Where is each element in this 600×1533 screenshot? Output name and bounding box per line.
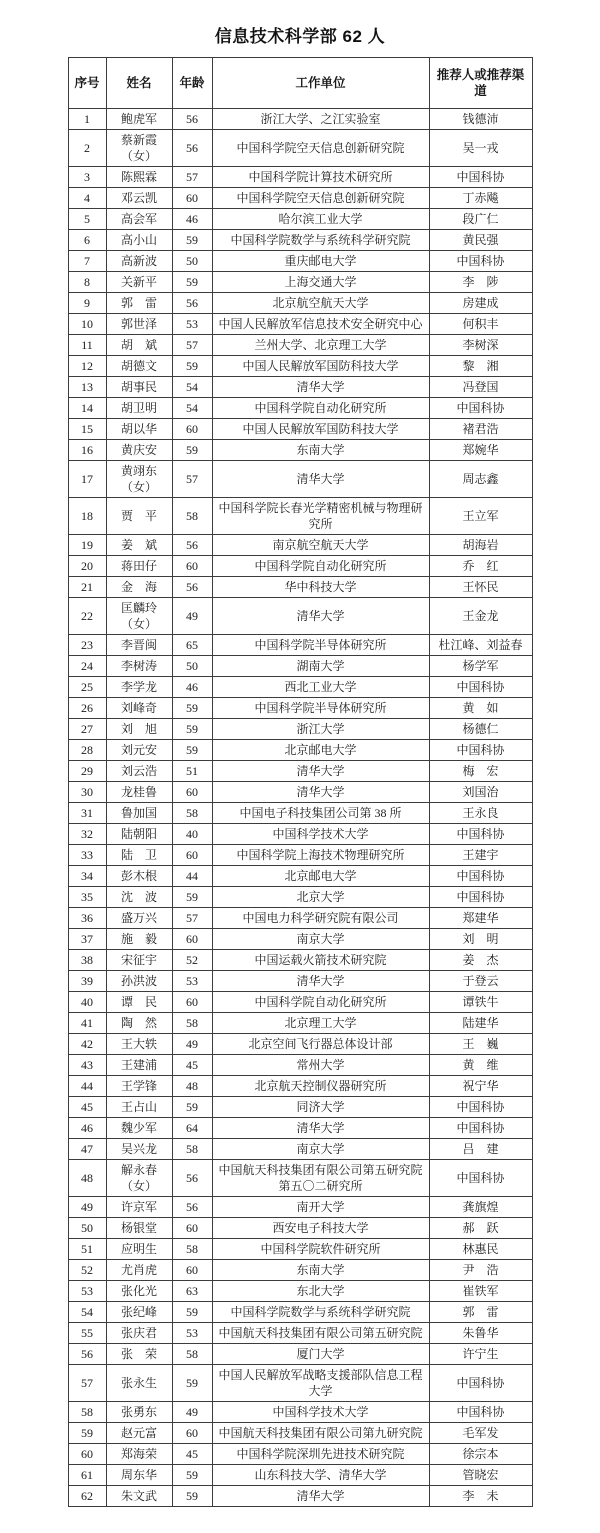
cell-index: 26 [68, 698, 106, 719]
table-row: 5高会军46哈尔滨工业大学段广仁 [68, 209, 532, 230]
cell-name: 张化光 [106, 1281, 172, 1302]
table-row: 25李学龙46西北工业大学中国科协 [68, 677, 532, 698]
cell-organization: 湖南大学 [212, 656, 429, 677]
cell-age: 56 [172, 1160, 212, 1197]
cell-age: 58 [172, 803, 212, 824]
cell-organization: 中国科学院数学与系统科学研究院 [212, 1302, 429, 1323]
cell-organization: 清华大学 [212, 1486, 429, 1507]
cell-recommender: 周志鑫 [429, 461, 532, 498]
cell-organization: 中国航天科技集团有限公司第五研究院第五〇二研究所 [212, 1160, 429, 1197]
cell-organization: 清华大学 [212, 761, 429, 782]
cell-recommender: 吴一戎 [429, 130, 532, 167]
cell-age: 57 [172, 461, 212, 498]
cell-index: 15 [68, 419, 106, 440]
cell-name: 关新平 [106, 272, 172, 293]
cell-name: 黄庆安 [106, 440, 172, 461]
cell-name: 邓云凯 [106, 188, 172, 209]
cell-name: 蒋田仔 [106, 556, 172, 577]
table-row: 2蔡新霞 （女）56中国科学院空天信息创新研究院吴一戎 [68, 130, 532, 167]
cell-recommender: 冯登国 [429, 377, 532, 398]
cell-recommender: 中国科协 [429, 1365, 532, 1402]
cell-index: 16 [68, 440, 106, 461]
cell-recommender: 胡海岩 [429, 535, 532, 556]
cell-name: 杨银堂 [106, 1218, 172, 1239]
cell-name: 朱文武 [106, 1486, 172, 1507]
cell-organization: 常州大学 [212, 1055, 429, 1076]
col-header-organization: 工作单位 [212, 58, 429, 109]
cell-recommender: 郝 跃 [429, 1218, 532, 1239]
cell-name: 高新波 [106, 251, 172, 272]
table-row: 34彭木根44北京邮电大学中国科协 [68, 866, 532, 887]
cell-age: 58 [172, 1344, 212, 1365]
cell-organization: 中国人民解放军国防科技大学 [212, 419, 429, 440]
cell-organization: 兰州大学、北京理工大学 [212, 335, 429, 356]
cell-index: 21 [68, 577, 106, 598]
cell-index: 39 [68, 971, 106, 992]
cell-recommender: 陆建华 [429, 1013, 532, 1034]
cell-name: 魏少军 [106, 1118, 172, 1139]
cell-recommender: 中国科协 [429, 887, 532, 908]
cell-organization: 厦门大学 [212, 1344, 429, 1365]
cell-recommender: 林惠民 [429, 1239, 532, 1260]
table-row: 55张庆君53中国航天科技集团有限公司第五研究院朱鲁华 [68, 1323, 532, 1344]
cell-recommender: 中国科协 [429, 824, 532, 845]
table-row: 4邓云凯60中国科学院空天信息创新研究院丁赤飚 [68, 188, 532, 209]
cell-index: 32 [68, 824, 106, 845]
cell-name: 陆 卫 [106, 845, 172, 866]
cell-name: 刘峰奇 [106, 698, 172, 719]
cell-organization: 中国航天科技集团有限公司第九研究院 [212, 1423, 429, 1444]
cell-index: 59 [68, 1423, 106, 1444]
cell-age: 59 [172, 440, 212, 461]
cell-organization: 清华大学 [212, 461, 429, 498]
cell-organization: 中国科学院自动化研究所 [212, 556, 429, 577]
cell-name: 鲁加国 [106, 803, 172, 824]
cell-name: 胡事民 [106, 377, 172, 398]
cell-recommender: 王立军 [429, 498, 532, 535]
cell-name: 胡德文 [106, 356, 172, 377]
cell-age: 59 [172, 1365, 212, 1402]
table-row: 20蒋田仔60中国科学院自动化研究所乔 红 [68, 556, 532, 577]
cell-organization: 浙江大学 [212, 719, 429, 740]
table-row: 33陆 卫60中国科学院上海技术物理研究所王建宇 [68, 845, 532, 866]
cell-age: 49 [172, 598, 212, 635]
cell-name: 陆朝阳 [106, 824, 172, 845]
cell-recommender: 尹 浩 [429, 1260, 532, 1281]
cell-organization: 中国科学院半导体研究所 [212, 635, 429, 656]
cell-recommender: 钱德沛 [429, 109, 532, 130]
cell-age: 60 [172, 845, 212, 866]
cell-index: 9 [68, 293, 106, 314]
cell-index: 62 [68, 1486, 106, 1507]
cell-name: 匡麟玲 （女） [106, 598, 172, 635]
cell-index: 25 [68, 677, 106, 698]
cell-index: 44 [68, 1076, 106, 1097]
cell-recommender: 中国科协 [429, 740, 532, 761]
cell-recommender: 王金龙 [429, 598, 532, 635]
cell-organization: 中国科学院半导体研究所 [212, 698, 429, 719]
table-row: 45王占山59同济大学中国科协 [68, 1097, 532, 1118]
table-row: 50杨银堂60西安电子科技大学郝 跃 [68, 1218, 532, 1239]
cell-name: 黄翊东 （女） [106, 461, 172, 498]
cell-recommender: 中国科协 [429, 866, 532, 887]
cell-recommender: 郑婉华 [429, 440, 532, 461]
cell-age: 60 [172, 419, 212, 440]
cell-index: 28 [68, 740, 106, 761]
cell-recommender: 王建宇 [429, 845, 532, 866]
cell-index: 8 [68, 272, 106, 293]
cell-organization: 东南大学 [212, 440, 429, 461]
cell-age: 59 [172, 230, 212, 251]
cell-index: 10 [68, 314, 106, 335]
cell-age: 60 [172, 1218, 212, 1239]
cell-index: 34 [68, 866, 106, 887]
cell-age: 56 [172, 577, 212, 598]
cell-age: 49 [172, 1402, 212, 1423]
cell-organization: 中国电子科技集团公司第 38 所 [212, 803, 429, 824]
cell-index: 55 [68, 1323, 106, 1344]
cell-organization: 中国人民解放军国防科技大学 [212, 356, 429, 377]
cell-name: 张 荣 [106, 1344, 172, 1365]
table-row: 31鲁加国58中国电子科技集团公司第 38 所王永良 [68, 803, 532, 824]
cell-recommender: 管晓宏 [429, 1465, 532, 1486]
cell-recommender: 吕 建 [429, 1139, 532, 1160]
cell-name: 赵元富 [106, 1423, 172, 1444]
table-row: 30龙桂鲁60清华大学刘国治 [68, 782, 532, 803]
cell-organization: 中国科学技术大学 [212, 1402, 429, 1423]
cell-organization: 中国运载火箭技术研究院 [212, 950, 429, 971]
cell-recommender: 李树深 [429, 335, 532, 356]
table-row: 47吴兴龙58南京大学吕 建 [68, 1139, 532, 1160]
cell-recommender: 何积丰 [429, 314, 532, 335]
table-row: 59赵元富60中国航天科技集团有限公司第九研究院毛军发 [68, 1423, 532, 1444]
cell-recommender: 黎 湘 [429, 356, 532, 377]
cell-recommender: 杨学军 [429, 656, 532, 677]
cell-organization: 南开大学 [212, 1197, 429, 1218]
cell-recommender: 郑建华 [429, 908, 532, 929]
cell-organization: 同济大学 [212, 1097, 429, 1118]
cell-age: 59 [172, 272, 212, 293]
cell-organization: 重庆邮电大学 [212, 251, 429, 272]
cell-recommender: 中国科协 [429, 677, 532, 698]
table-row: 29刘云浩51清华大学梅 宏 [68, 761, 532, 782]
cell-index: 3 [68, 167, 106, 188]
cell-recommender: 崔铁军 [429, 1281, 532, 1302]
cell-age: 56 [172, 535, 212, 556]
cell-age: 60 [172, 929, 212, 950]
cell-age: 56 [172, 130, 212, 167]
table-row: 60郑海荣45中国科学院深圳先进技术研究院徐宗本 [68, 1444, 532, 1465]
cell-recommender: 乔 红 [429, 556, 532, 577]
cell-name: 姜 斌 [106, 535, 172, 556]
col-header-name: 姓名 [106, 58, 172, 109]
cell-name: 刘元安 [106, 740, 172, 761]
table-row: 16黄庆安59东南大学郑婉华 [68, 440, 532, 461]
table-row: 56张 荣58厦门大学许宁生 [68, 1344, 532, 1365]
table-row: 42王大轶49北京空间飞行器总体设计部王 巍 [68, 1034, 532, 1055]
cell-age: 49 [172, 1034, 212, 1055]
cell-organization: 中国科学院长春光学精密机械与物理研究所 [212, 498, 429, 535]
cell-organization: 中国科学技术大学 [212, 824, 429, 845]
cell-recommender: 郭 雷 [429, 1302, 532, 1323]
cell-recommender: 谭铁牛 [429, 992, 532, 1013]
cell-index: 30 [68, 782, 106, 803]
cell-index: 42 [68, 1034, 106, 1055]
cell-recommender: 褚君浩 [429, 419, 532, 440]
cell-recommender: 杨德仁 [429, 719, 532, 740]
cell-organization: 西安电子科技大学 [212, 1218, 429, 1239]
cell-recommender: 李 未 [429, 1486, 532, 1507]
cell-organization: 中国航天科技集团有限公司第五研究院 [212, 1323, 429, 1344]
cell-organization: 中国电力科学研究院有限公司 [212, 908, 429, 929]
table-row: 14胡卫明54中国科学院自动化研究所中国科协 [68, 398, 532, 419]
table-row: 22匡麟玲 （女）49清华大学王金龙 [68, 598, 532, 635]
table-row: 18贾 平58中国科学院长春光学精密机械与物理研究所王立军 [68, 498, 532, 535]
table-row: 11胡 斌57兰州大学、北京理工大学李树深 [68, 335, 532, 356]
table-row: 26刘峰奇59中国科学院半导体研究所黄 如 [68, 698, 532, 719]
cell-name: 郭 雷 [106, 293, 172, 314]
cell-organization: 北京邮电大学 [212, 866, 429, 887]
cell-recommender: 姜 杰 [429, 950, 532, 971]
cell-name: 彭木根 [106, 866, 172, 887]
cell-name: 王建浦 [106, 1055, 172, 1076]
cell-organization: 中国科学院计算技术研究所 [212, 167, 429, 188]
cell-organization: 清华大学 [212, 598, 429, 635]
cell-organization: 中国科学院数学与系统科学研究院 [212, 230, 429, 251]
cell-name: 许京军 [106, 1197, 172, 1218]
cell-age: 56 [172, 1197, 212, 1218]
table-row: 41陶 然58北京理工大学陆建华 [68, 1013, 532, 1034]
page-title: 信息技术科学部 62 人 [0, 22, 600, 47]
cell-age: 58 [172, 1139, 212, 1160]
cell-age: 64 [172, 1118, 212, 1139]
table-row: 36盛万兴57中国电力科学研究院有限公司郑建华 [68, 908, 532, 929]
table-row: 58张勇东49中国科学技术大学中国科协 [68, 1402, 532, 1423]
cell-organization: 山东科技大学、清华大学 [212, 1465, 429, 1486]
cell-recommender: 王怀民 [429, 577, 532, 598]
col-header-recommender: 推荐人或推荐渠道 [429, 58, 532, 109]
cell-recommender: 李 陟 [429, 272, 532, 293]
table-row: 61周东华59山东科技大学、清华大学管晓宏 [68, 1465, 532, 1486]
cell-name: 解永春 （女） [106, 1160, 172, 1197]
cell-index: 22 [68, 598, 106, 635]
cell-organization: 清华大学 [212, 1118, 429, 1139]
table-row: 40谭 民60中国科学院自动化研究所谭铁牛 [68, 992, 532, 1013]
cell-recommender: 徐宗本 [429, 1444, 532, 1465]
cell-index: 1 [68, 109, 106, 130]
cell-name: 胡 斌 [106, 335, 172, 356]
cell-index: 7 [68, 251, 106, 272]
table-row: 44王学锋48北京航天控制仪器研究所祝宁华 [68, 1076, 532, 1097]
cell-age: 60 [172, 556, 212, 577]
table-row: 46魏少军64清华大学中国科协 [68, 1118, 532, 1139]
cell-name: 金 海 [106, 577, 172, 598]
table-row: 12胡德文59中国人民解放军国防科技大学黎 湘 [68, 356, 532, 377]
header-row: 序号 姓名 年龄 工作单位 推荐人或推荐渠道 [68, 58, 532, 109]
cell-age: 46 [172, 209, 212, 230]
cell-recommender: 祝宁华 [429, 1076, 532, 1097]
cell-name: 陶 然 [106, 1013, 172, 1034]
cell-organization: 中国科学院软件研究所 [212, 1239, 429, 1260]
cell-age: 53 [172, 314, 212, 335]
cell-index: 40 [68, 992, 106, 1013]
cell-age: 51 [172, 761, 212, 782]
cell-index: 37 [68, 929, 106, 950]
cell-index: 51 [68, 1239, 106, 1260]
cell-age: 53 [172, 1323, 212, 1344]
cell-organization: 北京空间飞行器总体设计部 [212, 1034, 429, 1055]
cell-name: 应明生 [106, 1239, 172, 1260]
cell-index: 19 [68, 535, 106, 556]
cell-organization: 北京邮电大学 [212, 740, 429, 761]
cell-age: 44 [172, 866, 212, 887]
cell-age: 54 [172, 398, 212, 419]
cell-name: 李学龙 [106, 677, 172, 698]
cell-name: 龙桂鲁 [106, 782, 172, 803]
cell-recommender: 中国科协 [429, 398, 532, 419]
cell-index: 6 [68, 230, 106, 251]
cell-recommender: 刘 明 [429, 929, 532, 950]
table-row: 10郭世泽53中国人民解放军信息技术安全研究中心何积丰 [68, 314, 532, 335]
cell-recommender: 王永良 [429, 803, 532, 824]
cell-age: 60 [172, 1423, 212, 1444]
roster-table: 序号 姓名 年龄 工作单位 推荐人或推荐渠道 1鲍虎军56浙江大学、之江实验室钱… [68, 57, 533, 1507]
table-row: 39孙洪波53清华大学于登云 [68, 971, 532, 992]
table-row: 51应明生58中国科学院软件研究所林惠民 [68, 1239, 532, 1260]
cell-name: 吴兴龙 [106, 1139, 172, 1160]
cell-age: 50 [172, 251, 212, 272]
cell-organization: 中国科学院自动化研究所 [212, 992, 429, 1013]
cell-age: 59 [172, 1302, 212, 1323]
cell-name: 陈熙霖 [106, 167, 172, 188]
table-row: 52尤肖虎60东南大学尹 浩 [68, 1260, 532, 1281]
cell-index: 18 [68, 498, 106, 535]
table-row: 43王建浦45常州大学黄 维 [68, 1055, 532, 1076]
cell-index: 47 [68, 1139, 106, 1160]
cell-index: 2 [68, 130, 106, 167]
cell-index: 58 [68, 1402, 106, 1423]
cell-organization: 中国人民解放军信息技术安全研究中心 [212, 314, 429, 335]
cell-recommender: 房建成 [429, 293, 532, 314]
cell-age: 48 [172, 1076, 212, 1097]
cell-organization: 南京大学 [212, 929, 429, 950]
cell-index: 57 [68, 1365, 106, 1402]
cell-organization: 西北工业大学 [212, 677, 429, 698]
cell-name: 刘 旭 [106, 719, 172, 740]
cell-name: 高会军 [106, 209, 172, 230]
cell-age: 59 [172, 1097, 212, 1118]
cell-age: 50 [172, 656, 212, 677]
cell-recommender: 王 巍 [429, 1034, 532, 1055]
cell-recommender: 段广仁 [429, 209, 532, 230]
cell-recommender: 中国科协 [429, 167, 532, 188]
table-row: 57张永生59中国人民解放军战略支援部队信息工程大学中国科协 [68, 1365, 532, 1402]
cell-name: 张勇东 [106, 1402, 172, 1423]
cell-organization: 南京航空航天大学 [212, 535, 429, 556]
cell-index: 61 [68, 1465, 106, 1486]
cell-name: 宋征宇 [106, 950, 172, 971]
cell-name: 郭世泽 [106, 314, 172, 335]
cell-index: 11 [68, 335, 106, 356]
cell-recommender: 杜江峰、刘益春 [429, 635, 532, 656]
cell-age: 57 [172, 908, 212, 929]
cell-name: 王占山 [106, 1097, 172, 1118]
table-row: 23李晋闽65中国科学院半导体研究所杜江峰、刘益春 [68, 635, 532, 656]
cell-age: 57 [172, 167, 212, 188]
cell-name: 王大轶 [106, 1034, 172, 1055]
cell-name: 胡以华 [106, 419, 172, 440]
cell-index: 54 [68, 1302, 106, 1323]
cell-age: 59 [172, 1465, 212, 1486]
table-row: 8关新平59上海交通大学李 陟 [68, 272, 532, 293]
cell-name: 郑海荣 [106, 1444, 172, 1465]
cell-organization: 哈尔滨工业大学 [212, 209, 429, 230]
cell-index: 48 [68, 1160, 106, 1197]
cell-age: 60 [172, 782, 212, 803]
table-row: 17黄翊东 （女）57清华大学周志鑫 [68, 461, 532, 498]
cell-organization: 中国科学院深圳先进技术研究院 [212, 1444, 429, 1465]
cell-recommender: 刘国治 [429, 782, 532, 803]
cell-index: 56 [68, 1344, 106, 1365]
cell-age: 52 [172, 950, 212, 971]
cell-age: 46 [172, 677, 212, 698]
cell-age: 60 [172, 1260, 212, 1281]
cell-index: 52 [68, 1260, 106, 1281]
cell-index: 20 [68, 556, 106, 577]
cell-index: 49 [68, 1197, 106, 1218]
cell-index: 38 [68, 950, 106, 971]
cell-index: 41 [68, 1013, 106, 1034]
table-row: 28刘元安59北京邮电大学中国科协 [68, 740, 532, 761]
cell-index: 13 [68, 377, 106, 398]
cell-index: 36 [68, 908, 106, 929]
cell-organization: 华中科技大学 [212, 577, 429, 598]
col-header-age: 年龄 [172, 58, 212, 109]
cell-index: 23 [68, 635, 106, 656]
cell-recommender: 梅 宏 [429, 761, 532, 782]
table-row: 13胡事民54清华大学冯登国 [68, 377, 532, 398]
cell-recommender: 中国科协 [429, 1402, 532, 1423]
table-row: 6高小山59中国科学院数学与系统科学研究院黄民强 [68, 230, 532, 251]
table-row: 62朱文武59清华大学李 未 [68, 1486, 532, 1507]
table-row: 38宋征宇52中国运载火箭技术研究院姜 杰 [68, 950, 532, 971]
cell-index: 46 [68, 1118, 106, 1139]
cell-recommender: 丁赤飚 [429, 188, 532, 209]
table-row: 35沈 波59北京大学中国科协 [68, 887, 532, 908]
cell-organization: 中国科学院自动化研究所 [212, 398, 429, 419]
cell-organization: 东南大学 [212, 1260, 429, 1281]
cell-index: 5 [68, 209, 106, 230]
cell-recommender: 中国科协 [429, 1118, 532, 1139]
cell-age: 45 [172, 1055, 212, 1076]
cell-age: 40 [172, 824, 212, 845]
cell-age: 56 [172, 109, 212, 130]
cell-age: 45 [172, 1444, 212, 1465]
cell-organization: 清华大学 [212, 971, 429, 992]
cell-index: 12 [68, 356, 106, 377]
cell-index: 35 [68, 887, 106, 908]
table-row: 27刘 旭59浙江大学杨德仁 [68, 719, 532, 740]
cell-age: 56 [172, 293, 212, 314]
table-row: 54张纪峰59中国科学院数学与系统科学研究院郭 雷 [68, 1302, 532, 1323]
cell-organization: 中国科学院空天信息创新研究院 [212, 188, 429, 209]
cell-age: 59 [172, 356, 212, 377]
cell-organization: 北京大学 [212, 887, 429, 908]
cell-age: 53 [172, 971, 212, 992]
cell-recommender: 朱鲁华 [429, 1323, 532, 1344]
cell-recommender: 黄 如 [429, 698, 532, 719]
cell-age: 65 [172, 635, 212, 656]
